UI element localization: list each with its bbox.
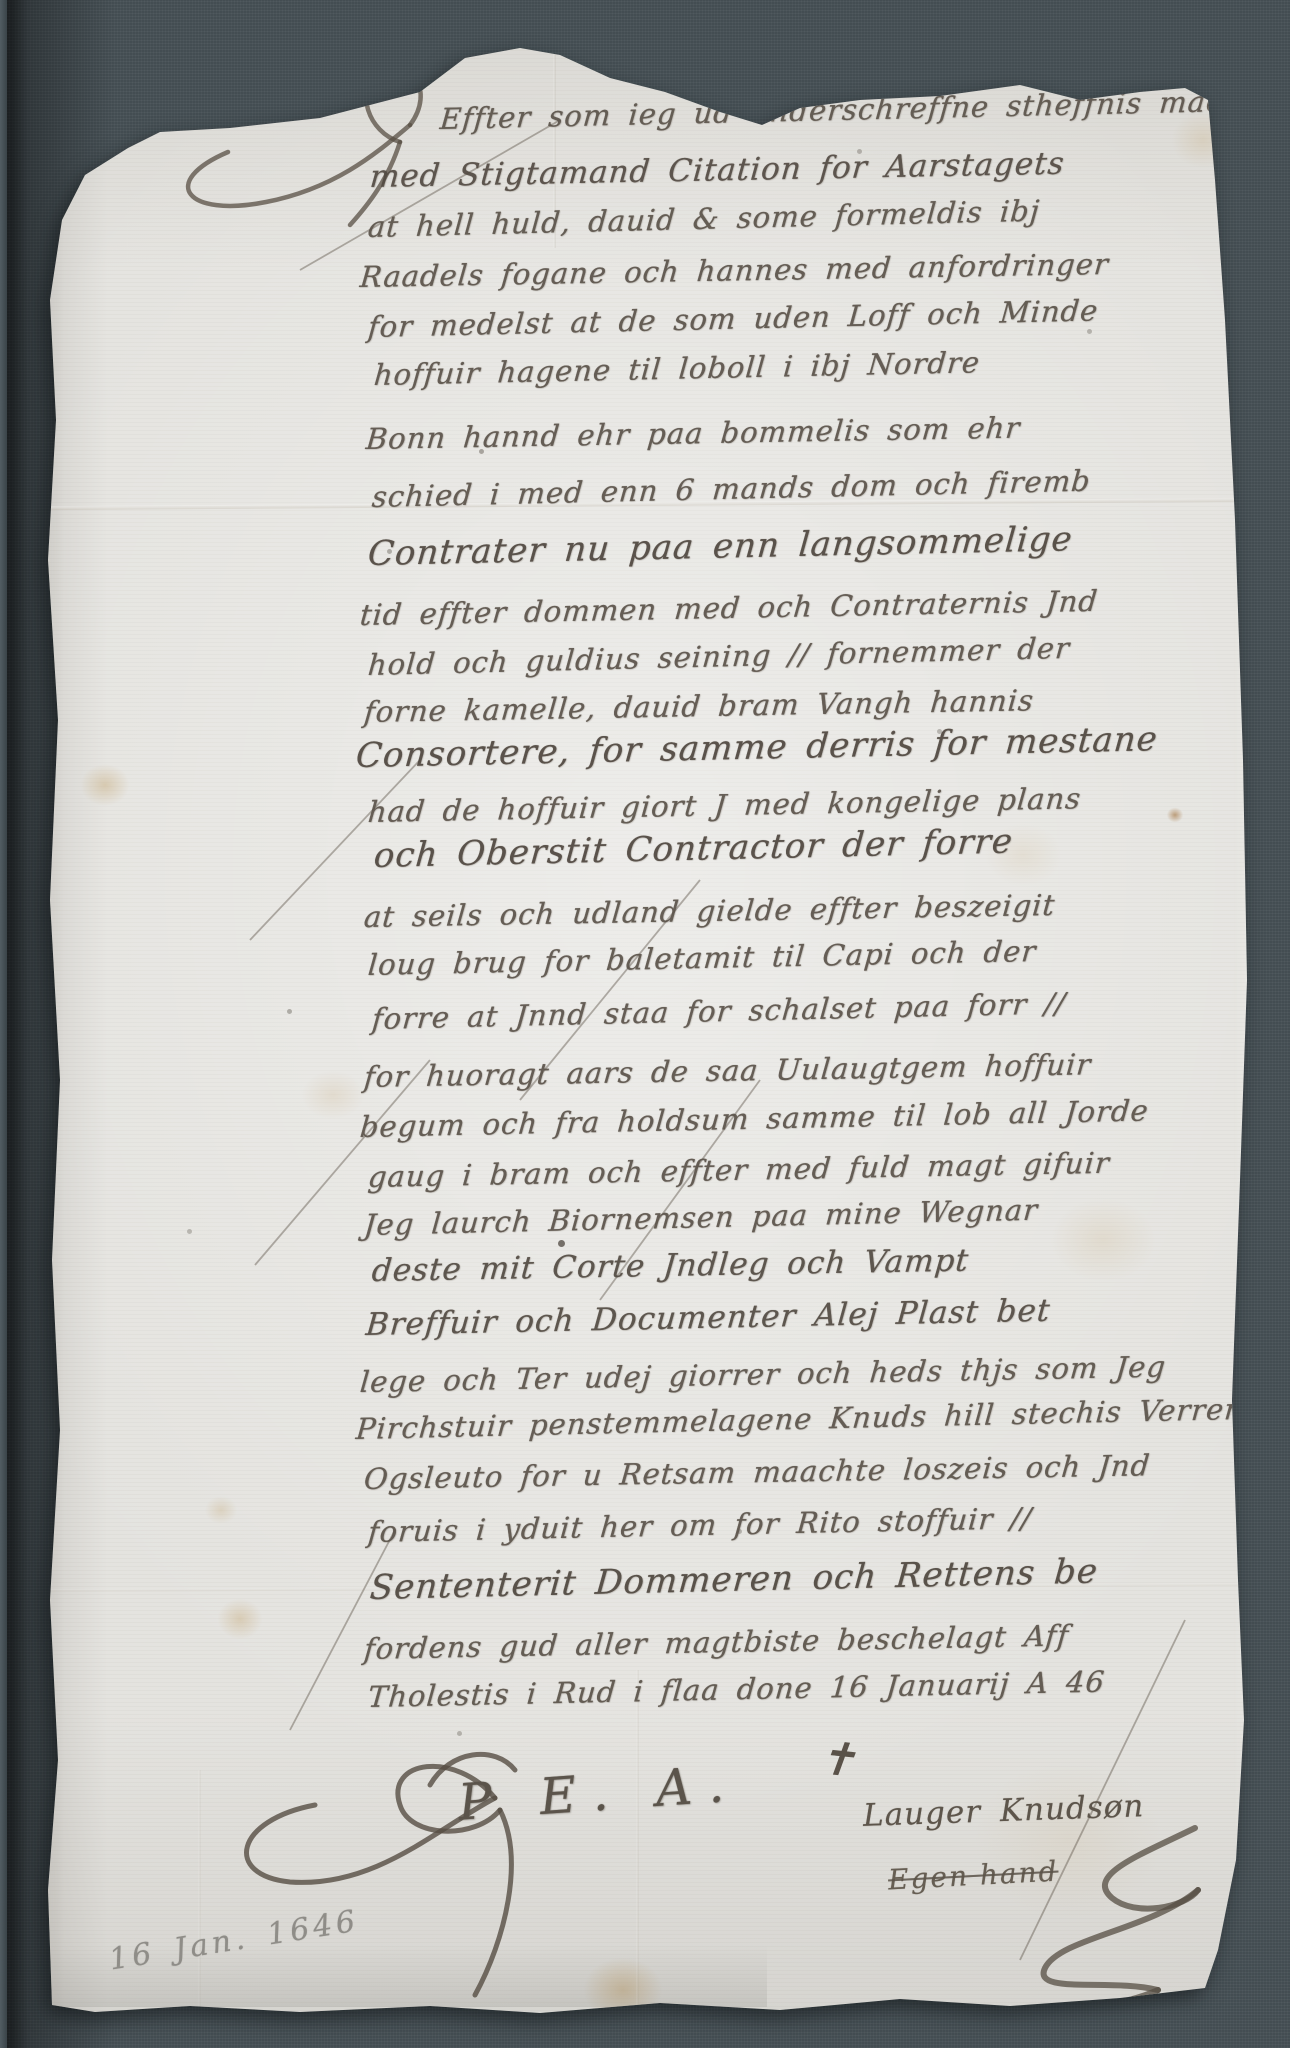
manuscript-line: Pirchstuir penstemmelagene Knuds hill st…	[355, 1394, 1241, 1446]
manuscript-line: fordens gud aller magtbiste beschelagt A…	[363, 1620, 1071, 1665]
archive-photo: Effter som ieg ud underschreffne stheffn…	[0, 0, 1290, 2048]
manuscript-line: Tholestis i Rud i flaa done 16 Januarij …	[367, 1667, 1107, 1714]
signature-monogram: P E. A.	[457, 1758, 742, 1828]
manuscript-page: Effter som ieg ud underschreffne stheffn…	[38, 30, 1253, 2030]
paper-sheet: Effter som ieg ud underschreffne stheffn…	[38, 30, 1253, 2030]
manuscript-line: Ogsleuto for u Retsam maachte loszeis oc…	[363, 1450, 1152, 1496]
fold-crease	[198, 1770, 201, 2010]
manuscript-line: Effter som ieg ud underschreffne stheffn…	[439, 85, 1257, 135]
manuscript-line: Jeg laurch Biornemsen paa mine Wegnar	[363, 1195, 1040, 1242]
manuscript-line: at hell huld, dauid & some formeldis ibj	[367, 196, 1041, 244]
binding-spine-ridge	[0, 0, 7, 2048]
manuscript-line: gaug i bram och effter med fuld magt gif…	[367, 1148, 1111, 1194]
manuscript-line: Consortere, for samme derris for mestane	[354, 721, 1159, 775]
manuscript-line: med Stigtamand Citation for Aarstagets	[369, 147, 1067, 194]
manuscript-line: hold och guldius seining // fornemmer de…	[367, 633, 1072, 682]
manuscript-line: Bonn hannd ehr paa bommelis som ehr	[365, 413, 1022, 456]
manuscript-line: forne kamelle, dauid bram Vangh hannis	[363, 685, 1036, 729]
manuscript-line: schied i med enn 6 mands dom och firemb	[371, 466, 1092, 514]
paper-stain	[70, 755, 140, 815]
fold-crease	[636, 1670, 639, 2010]
signature-name: Lauger Knudsøn	[863, 1791, 1145, 1832]
manuscript-line: foruis i yduit her om for Rito stoffuir …	[367, 1503, 1034, 1549]
signature-closing: Egen hand	[887, 1858, 1059, 1895]
paper-stain	[568, 1945, 678, 2035]
manuscript-line: at seils och udland gielde effter beszei…	[363, 890, 1057, 934]
signature-flourish	[990, 1820, 1240, 2025]
manuscript-line: loug brug for baletamit til Capi och der	[367, 936, 1038, 982]
manuscript-line: tid effter dommen med och Contraternis J…	[359, 586, 1100, 632]
manuscript-line: for huoragt aars de saa Uulaugtgem hoffu…	[363, 1049, 1093, 1094]
manuscript-line: Breffuir och Documenter Alej Plast bet	[365, 1294, 1052, 1342]
monogram-flourish	[195, 1690, 740, 2015]
paper-stain	[1028, 1180, 1178, 1300]
paper-stain	[208, 1590, 272, 1648]
manuscript-line: Sententerit Dommeren och Rettens be	[368, 1553, 1099, 1607]
manuscript-line: lege och Ter udej giorrer och heds thjs …	[359, 1351, 1168, 1398]
manuscript-line: deste mit Corte Jndleg och Vampt	[371, 1244, 971, 1289]
paper-stain	[1164, 805, 1186, 825]
manuscript-line: Contrater nu paa enn langsommelige	[366, 521, 1074, 573]
opening-initial-flourish	[188, 69, 421, 225]
signature-cross-mark: ✝	[816, 1734, 859, 1784]
ink-specks	[38, 30, 41, 33]
manuscript-line: och Oberstit Contractor der forre	[372, 823, 1014, 875]
manuscript-line: forre at Jnnd staa for schalset paa forr…	[371, 988, 1068, 1036]
paper-stain	[938, 1730, 1198, 1950]
manuscript-line: for medelst at de som uden Loff och Mind…	[367, 295, 1100, 344]
manuscript-line: hoffuir hagene til loboll i ibj Nordre	[373, 347, 982, 392]
manuscript-line: Raadels fogane och hannes med anfordring…	[359, 249, 1111, 294]
manuscript-line: begum och fra holdsum samme til lob all …	[359, 1095, 1150, 1143]
pencil-date-annotation: 16 Jan. 1646	[107, 1906, 361, 1975]
paper-stain	[198, 1490, 244, 1530]
